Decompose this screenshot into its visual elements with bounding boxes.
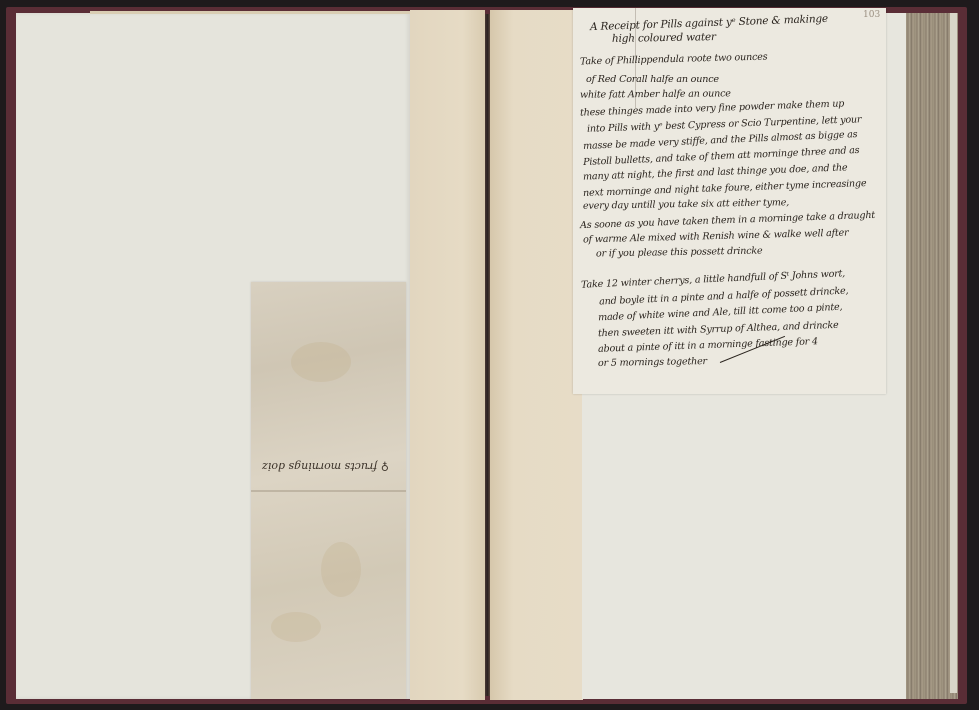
recipe-line: or 5 mornings together bbox=[598, 357, 707, 368]
binding-stub-left bbox=[410, 10, 485, 700]
folio-number: 103 bbox=[863, 10, 880, 20]
binding-stub-right bbox=[490, 10, 583, 700]
left-page-edge bbox=[90, 11, 410, 14]
recipe-line: of Red Corall halfe an ounce bbox=[586, 75, 719, 85]
slip-inscription: ♀ fructs mornings doiz bbox=[262, 460, 389, 473]
recipe-title-line-2: high coloured water bbox=[612, 32, 716, 44]
page-edges-margin bbox=[950, 13, 957, 693]
recipe-line: white fatt Amber halfe an ounce bbox=[580, 89, 731, 100]
slip-crease bbox=[251, 490, 406, 492]
